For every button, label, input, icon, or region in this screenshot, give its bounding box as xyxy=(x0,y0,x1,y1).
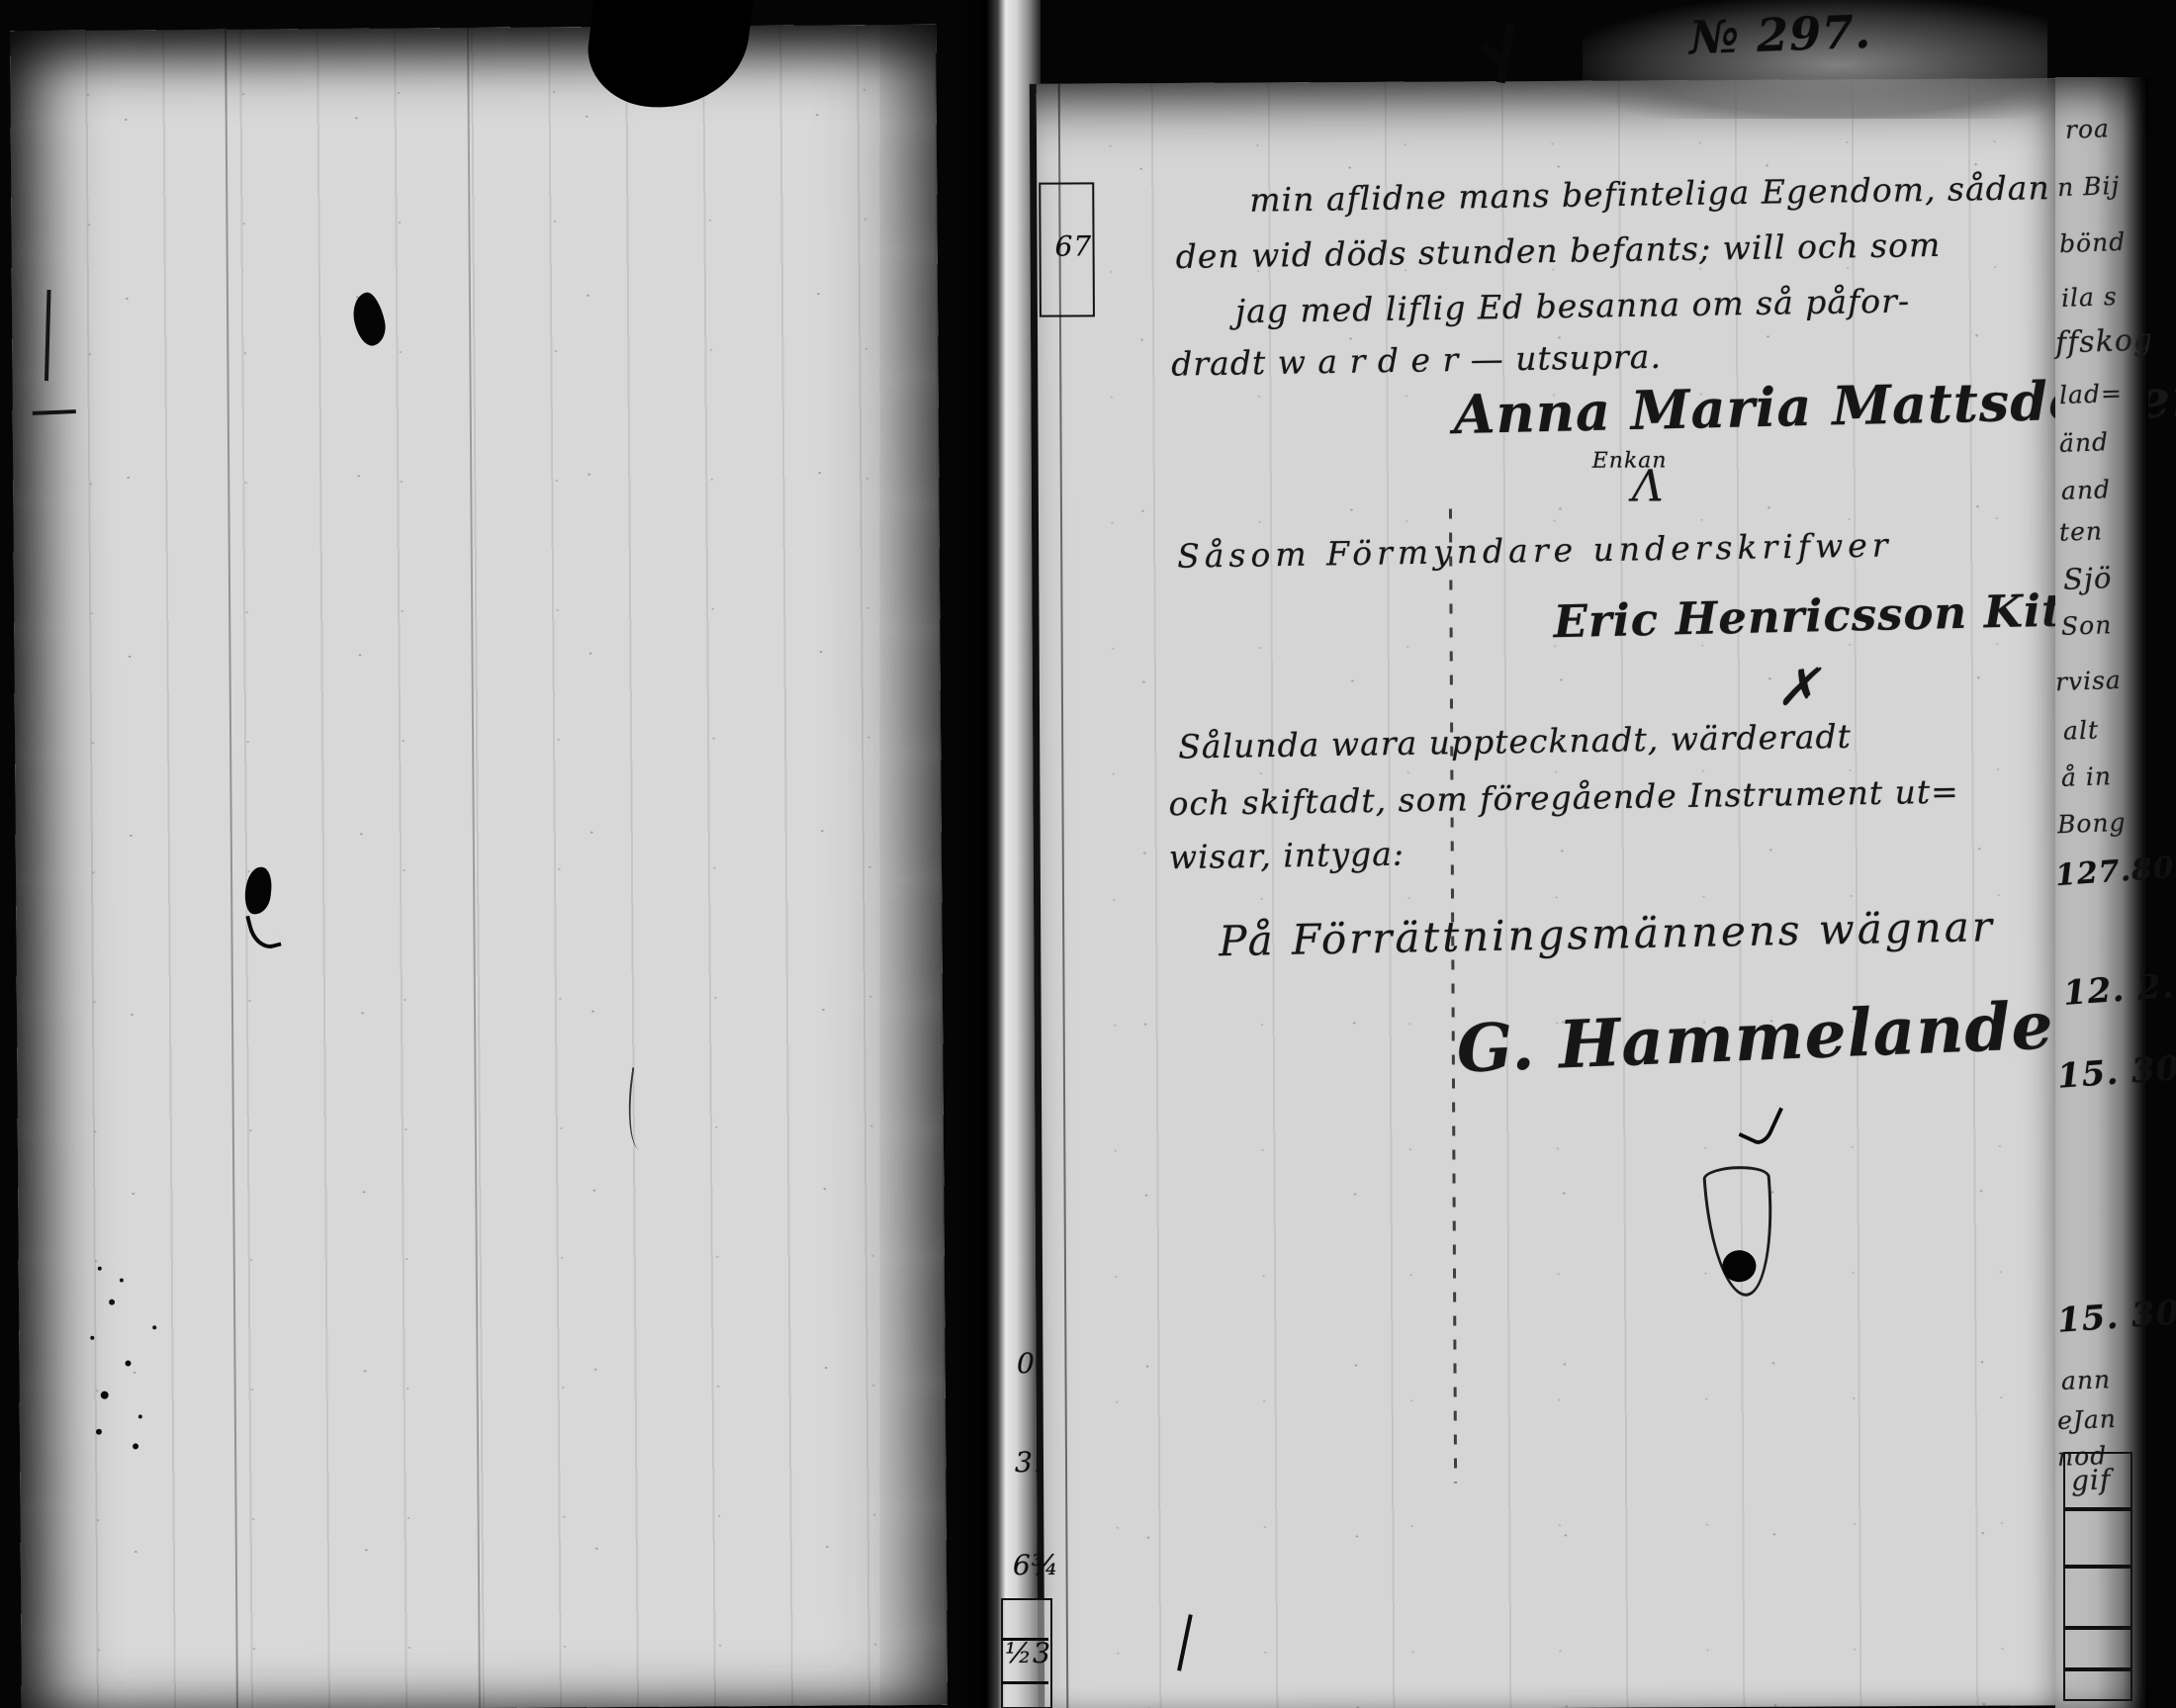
dirt-speckle-cluster xyxy=(98,1267,102,1271)
edge-fragment: ten xyxy=(2059,516,2104,547)
edge-fragment: ann xyxy=(2061,1365,2112,1395)
paragraph3-line2: och skiftadt, som föregående Instrument … xyxy=(1168,772,1959,824)
edge-fragment: bönd xyxy=(2059,227,2127,258)
edge-fragment: eJan xyxy=(2057,1404,2118,1435)
manuscript-scan: 67 min aflidne mans befinteliga Egendom,… xyxy=(0,0,2176,1708)
ruled-line-dark-2 xyxy=(467,28,481,1708)
edge-fragment: lad= xyxy=(2059,379,2124,409)
edge-fragment: gif xyxy=(2070,1463,2111,1496)
gutter-mark-4: ½3 xyxy=(1005,1637,1051,1669)
right-text-page: 67 min aflidne mans befinteliga Egendom,… xyxy=(1030,78,2067,1708)
ink-blot-small xyxy=(243,865,274,915)
edge-amount: 12. 2. xyxy=(2062,966,2176,1014)
edge-amount: 127.80 xyxy=(2054,851,2176,893)
edge-fragment: ffskog xyxy=(2054,322,2153,360)
teardrop-ink-core xyxy=(1721,1249,1757,1283)
paragraph1-line2: den wid döds stunden befants; will och s… xyxy=(1175,225,1941,276)
next-page-edge: roa n Bij bönd ila s ffskog lad= änd and… xyxy=(2055,77,2148,1708)
edge-amount: 15. 30. xyxy=(2056,1047,2176,1096)
gutter-mark-3: 6¾ xyxy=(1013,1549,1059,1581)
edge-fragment: and xyxy=(2061,475,2112,505)
margin-cell: 67 xyxy=(1039,182,1095,316)
ink-squiggle-mark xyxy=(1738,1097,1783,1149)
edge-fragment: Bong xyxy=(2057,808,2128,839)
paragraph2-line: Såsom Förmyndare underskrifwer xyxy=(1177,525,1893,575)
signature-hammelander: G. Hammelander xyxy=(1455,985,2090,1088)
paragraph1-line4: dradt w a r d e r — utsupra. xyxy=(1171,337,1662,384)
edge-fragment: Sjö xyxy=(2062,561,2112,596)
margin-cell-mark: 67 xyxy=(1054,229,1092,262)
signature-eric-bomark: ✗ xyxy=(1776,659,1821,718)
paragraph1-line1: min aflidne mans befinteliga Egendom, så… xyxy=(1249,168,2050,220)
bottom-stroke-mark xyxy=(1177,1614,1193,1671)
margin-vertical-stroke xyxy=(45,290,51,381)
gutter-mark-1: 0. xyxy=(1017,1347,1045,1380)
signature-anna-bomark: Λ xyxy=(1632,461,1665,511)
ink-blot-tail xyxy=(245,910,282,953)
paragraph4-line: På Förrättningsmännens wägnar xyxy=(1219,902,1995,965)
ink-blot-large xyxy=(349,290,390,348)
margin-dash-mark xyxy=(33,409,76,415)
hairline-curve xyxy=(621,1067,664,1152)
edge-fragment: Son xyxy=(2061,610,2113,641)
left-blank-page xyxy=(10,25,948,1708)
edge-fragment: alt xyxy=(2063,715,2100,745)
gutter-bottom-divider2 xyxy=(1001,1681,1048,1684)
archive-page-number: № 297. xyxy=(1688,5,1872,64)
margin-rule-inner xyxy=(1058,84,1069,1708)
edge-fragment: ila s xyxy=(2061,282,2119,313)
paragraph3-line3: wisar, intyga: xyxy=(1168,835,1405,877)
edge-fragment: roa xyxy=(2065,114,2111,144)
paragraph3-line1: Sålunda wara upptecknadt, wärderadt xyxy=(1178,717,1852,766)
paragraph1-line3: jag med liflig Ed besanna om så påfor- xyxy=(1235,282,1911,331)
edge-fragment: n Bij xyxy=(2057,171,2121,202)
edge-fragment: rvisa xyxy=(2055,666,2123,696)
edge-fragment: änd xyxy=(2059,427,2110,458)
gutter-mark-2: 3. xyxy=(1015,1446,1043,1479)
fold-dash-line xyxy=(1449,509,1457,1483)
teardrop-outline-stain xyxy=(1702,1164,1779,1300)
ruled-line-dark-1 xyxy=(225,30,238,1708)
edge-fragment: å in xyxy=(2061,762,2113,792)
edge-account-grid: gif xyxy=(2063,1452,2132,1701)
edge-amount: 15. 30. xyxy=(2056,1292,2176,1340)
